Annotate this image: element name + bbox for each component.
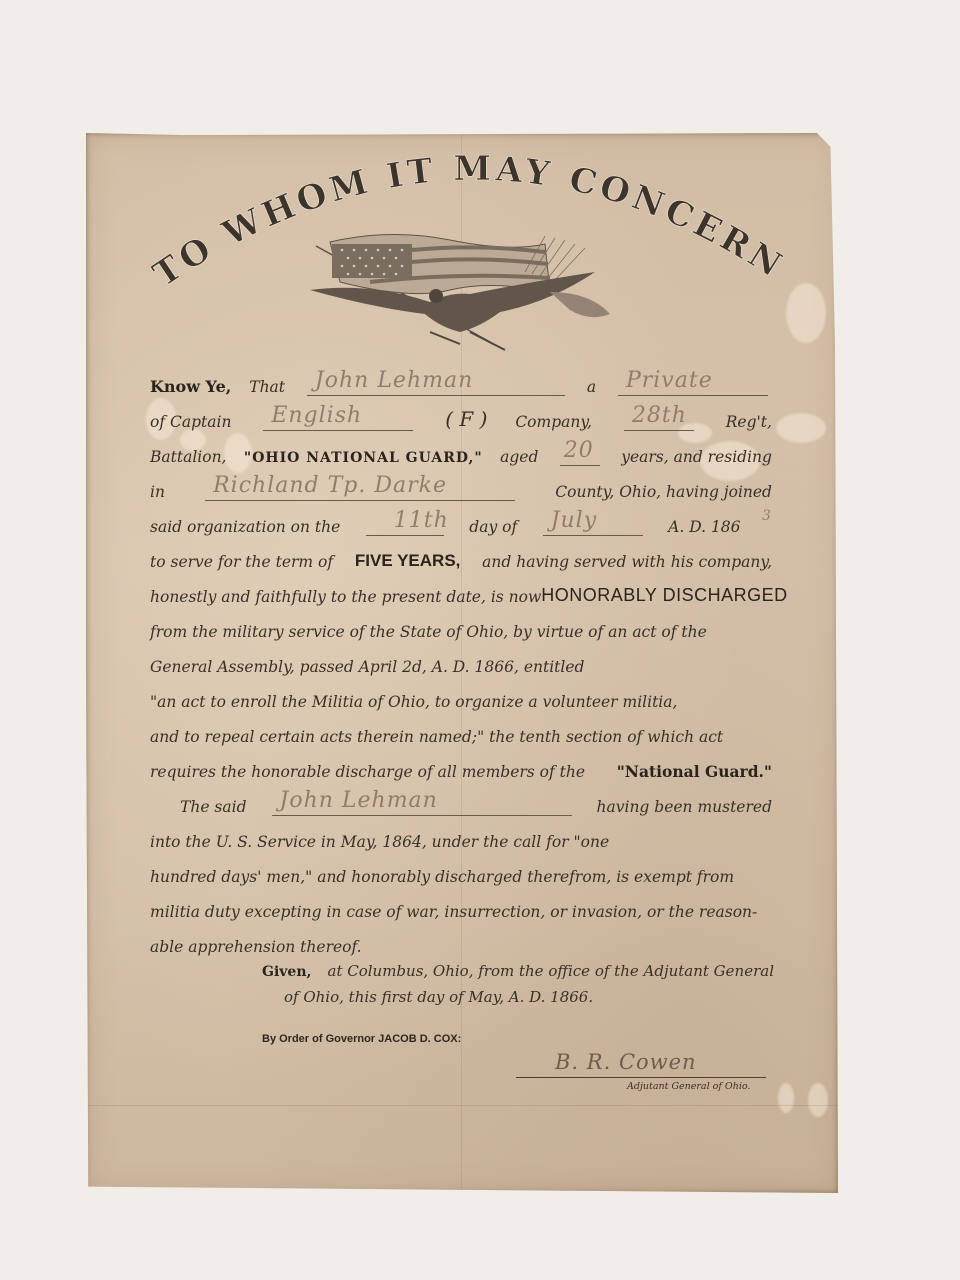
eagle-flag-emblem-icon [310,232,620,352]
residence-field: Richland Tp. Darke [205,476,515,501]
line-the-said: The said John Lehman having been mustere… [150,786,772,816]
fold-crease [86,1105,838,1106]
line-9: General Assembly, passed April 2d, A. D.… [150,646,772,676]
rank-handwritten: Private [626,368,713,393]
rank-field: Private [618,371,768,396]
join-month-field: July [543,511,643,536]
join-year-digit-handwritten: 3 [762,508,772,524]
water-stain [778,1083,794,1113]
governor-order: By Order of Governor JACOB D. COX: [262,1033,461,1045]
line-10: "an act to enroll the Militia of Ohio, t… [150,681,772,711]
line-captain-company: of Captain English ( F ) Company, 28th R… [150,401,772,431]
certificate-body: Know Ye, That John Lehman a Private of C… [150,366,772,946]
line-11: and to repeal certain acts therein named… [150,716,772,746]
captain-field: English [263,406,413,431]
water-stain [808,1083,828,1117]
line-8: from the military service of the State o… [150,611,772,641]
signature-line [516,1077,766,1078]
line-term: to serve for the term of FIVE YEARS, and… [150,541,772,571]
five-years-label: FIVE YEARS, [355,551,461,571]
soldier-name-field-2: John Lehman [272,791,572,816]
line-residence: in Richland Tp. Darke County, Ohio, havi… [150,471,772,501]
honorably-discharged-label: HONORABLY DISCHARGED [541,585,787,606]
line-17: able apprehension thereof. [150,926,772,956]
regiment-handwritten: 28th [632,403,687,428]
residence-handwritten: Richland Tp. Darke [213,473,447,498]
line-battalion: Battalion, "OHIO NATIONAL GUARD," aged 2… [150,436,772,466]
line-16: militia duty excepting in case of war, i… [150,891,772,921]
adjutant-signature: B. R. Cowen [555,1050,697,1074]
soldier-name-handwritten-2: John Lehman [280,788,438,813]
join-day-handwritten: 11th [394,508,449,533]
age-handwritten: 20 [564,438,594,463]
line-discharged: honestly and faithfully to the present d… [150,576,772,606]
line-name-rank: Know Ye, That John Lehman a Private [150,366,772,396]
national-guard-label: "National Guard." [617,762,772,781]
age-field: 20 [560,441,600,466]
signature-caption: Adjutant General of Ohio. [627,1081,750,1092]
line-14: into the U. S. Service in May, 1864, und… [150,821,772,851]
regiment-field: 28th [624,406,694,431]
captain-handwritten: English [271,403,362,428]
water-stain [776,413,826,443]
know-ye-heading: Know Ye, [150,377,231,396]
line-15: hundred days' men," and honorably discha… [150,856,772,886]
company-letter: ( F ) [445,407,487,431]
line-12: requires the honorable discharge of all … [150,751,772,781]
given-label: Given, [262,964,311,980]
join-day-field: 11th [366,511,444,536]
line-join-date: said organization on the 11th day of Jul… [150,506,772,536]
join-month-handwritten: July [551,508,597,533]
soldier-name-handwritten: John Lehman [315,368,473,393]
given-statement: Given, at Columbus, Ohio, from the offic… [262,962,774,1006]
soldier-name-field: John Lehman [307,371,565,396]
ohio-national-guard-label: "OHIO NATIONAL GUARD," [244,450,483,466]
